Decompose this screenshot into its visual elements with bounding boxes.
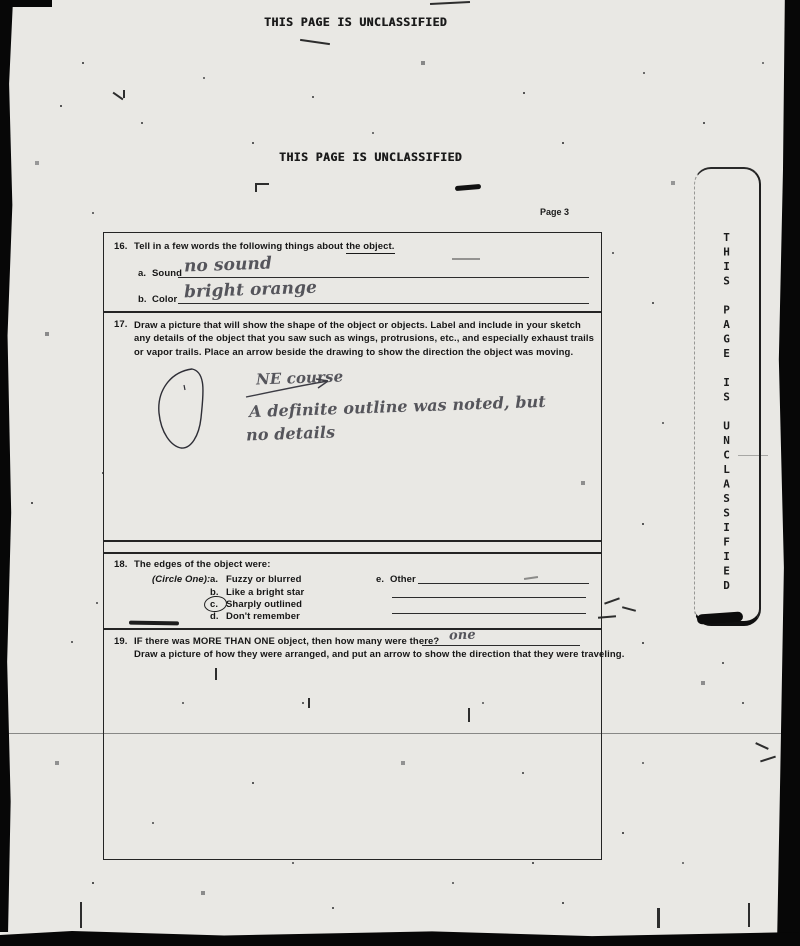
scan-mark [657,908,660,928]
q19-line2: Draw a picture of how they were arranged… [134,649,624,660]
q16a-answer-handwriting: no sound [184,253,273,276]
q16-text-underlined: the object. [346,241,395,254]
scan-mark [604,597,620,604]
q18-circle-instruction: (Circle One): [152,574,210,585]
scan-mark [748,903,750,927]
q18-option-d-label: Don't remember [226,611,300,622]
page-number: Page 3 [540,207,569,217]
q16-number: 16. [114,241,128,252]
scan-mark [255,183,269,185]
scan-mark [255,183,257,192]
sketch-balloon-shape [152,365,210,449]
form-box: 16. Tell in a few words the following th… [103,232,602,860]
q17-text: Draw a picture that will show the shape … [134,319,596,359]
q16b-letter: b. [138,294,147,305]
q18-option-a-letter: a. [210,574,218,585]
scan-mark [524,576,538,580]
scan-mark [300,39,330,45]
q19-answer-handwriting: one [449,628,476,644]
q16a-answer-line [178,277,589,278]
scan-fold-line [0,733,800,734]
scan-mark [455,184,481,191]
sketch-note-line2: no details [246,422,336,444]
scan-mark [123,90,125,98]
q18-option-d-letter: d. [210,611,219,622]
sketch-direction-label: NE course [256,367,344,388]
scan-smudge [129,621,179,625]
q17-number: 17. [114,319,128,330]
q18-option-e-letter: e. [376,574,384,585]
q18-option-c-letter: c. [210,599,218,610]
q19-number: 19. [114,636,128,647]
scan-edge-top-left [0,0,52,7]
section-divider [104,311,601,313]
q16b-answer-line [178,303,589,304]
paper-background: THIS PAGE IS UNCLASSIFIED THIS PAGE IS U… [0,0,800,946]
scan-mark [113,92,124,101]
scan-mark [760,756,776,763]
q16a-letter: a. [138,268,146,279]
scan-mark [622,606,636,612]
q16-text-plain: Tell in a few words the following things… [134,241,346,252]
q18-option-c-label: Sharply outlined [226,599,302,610]
q18-option-e-label: Other [390,574,416,585]
q16b-label: Color [152,294,177,305]
q18-other-line-3 [392,613,586,614]
q18-other-line-1 [418,583,589,584]
scan-mark [80,902,82,928]
q16b-answer-handwriting: bright orange [184,278,318,303]
q18-other-line-2 [392,597,586,598]
scan-mark [430,1,470,5]
q18-text: The edges of the object were: [134,559,270,570]
classification-header-top: THIS PAGE IS UNCLASSIFIED [264,15,447,29]
q16-text: Tell in a few words the following things… [134,241,395,252]
q18-option-a-label: Fuzzy or blurred [226,574,302,585]
section-divider [104,552,601,554]
section-divider [104,628,601,630]
side-classification-label: THIS PAGE IS UNCLASSIFIED [720,231,733,561]
q18-option-b-label: Like a bright star [226,587,304,598]
side-stamp-ink-blob [697,611,744,624]
scan-mark [755,742,769,750]
q19-answer-line [422,645,580,646]
classification-header-mid: THIS PAGE IS UNCLASSIFIED [279,150,462,164]
scanned-page: THIS PAGE IS UNCLASSIFIED THIS PAGE IS U… [0,0,800,946]
section-divider [104,540,601,542]
q18-number: 18. [114,559,128,570]
q19-line1: IF there was MORE THAN ONE object, then … [134,636,439,647]
